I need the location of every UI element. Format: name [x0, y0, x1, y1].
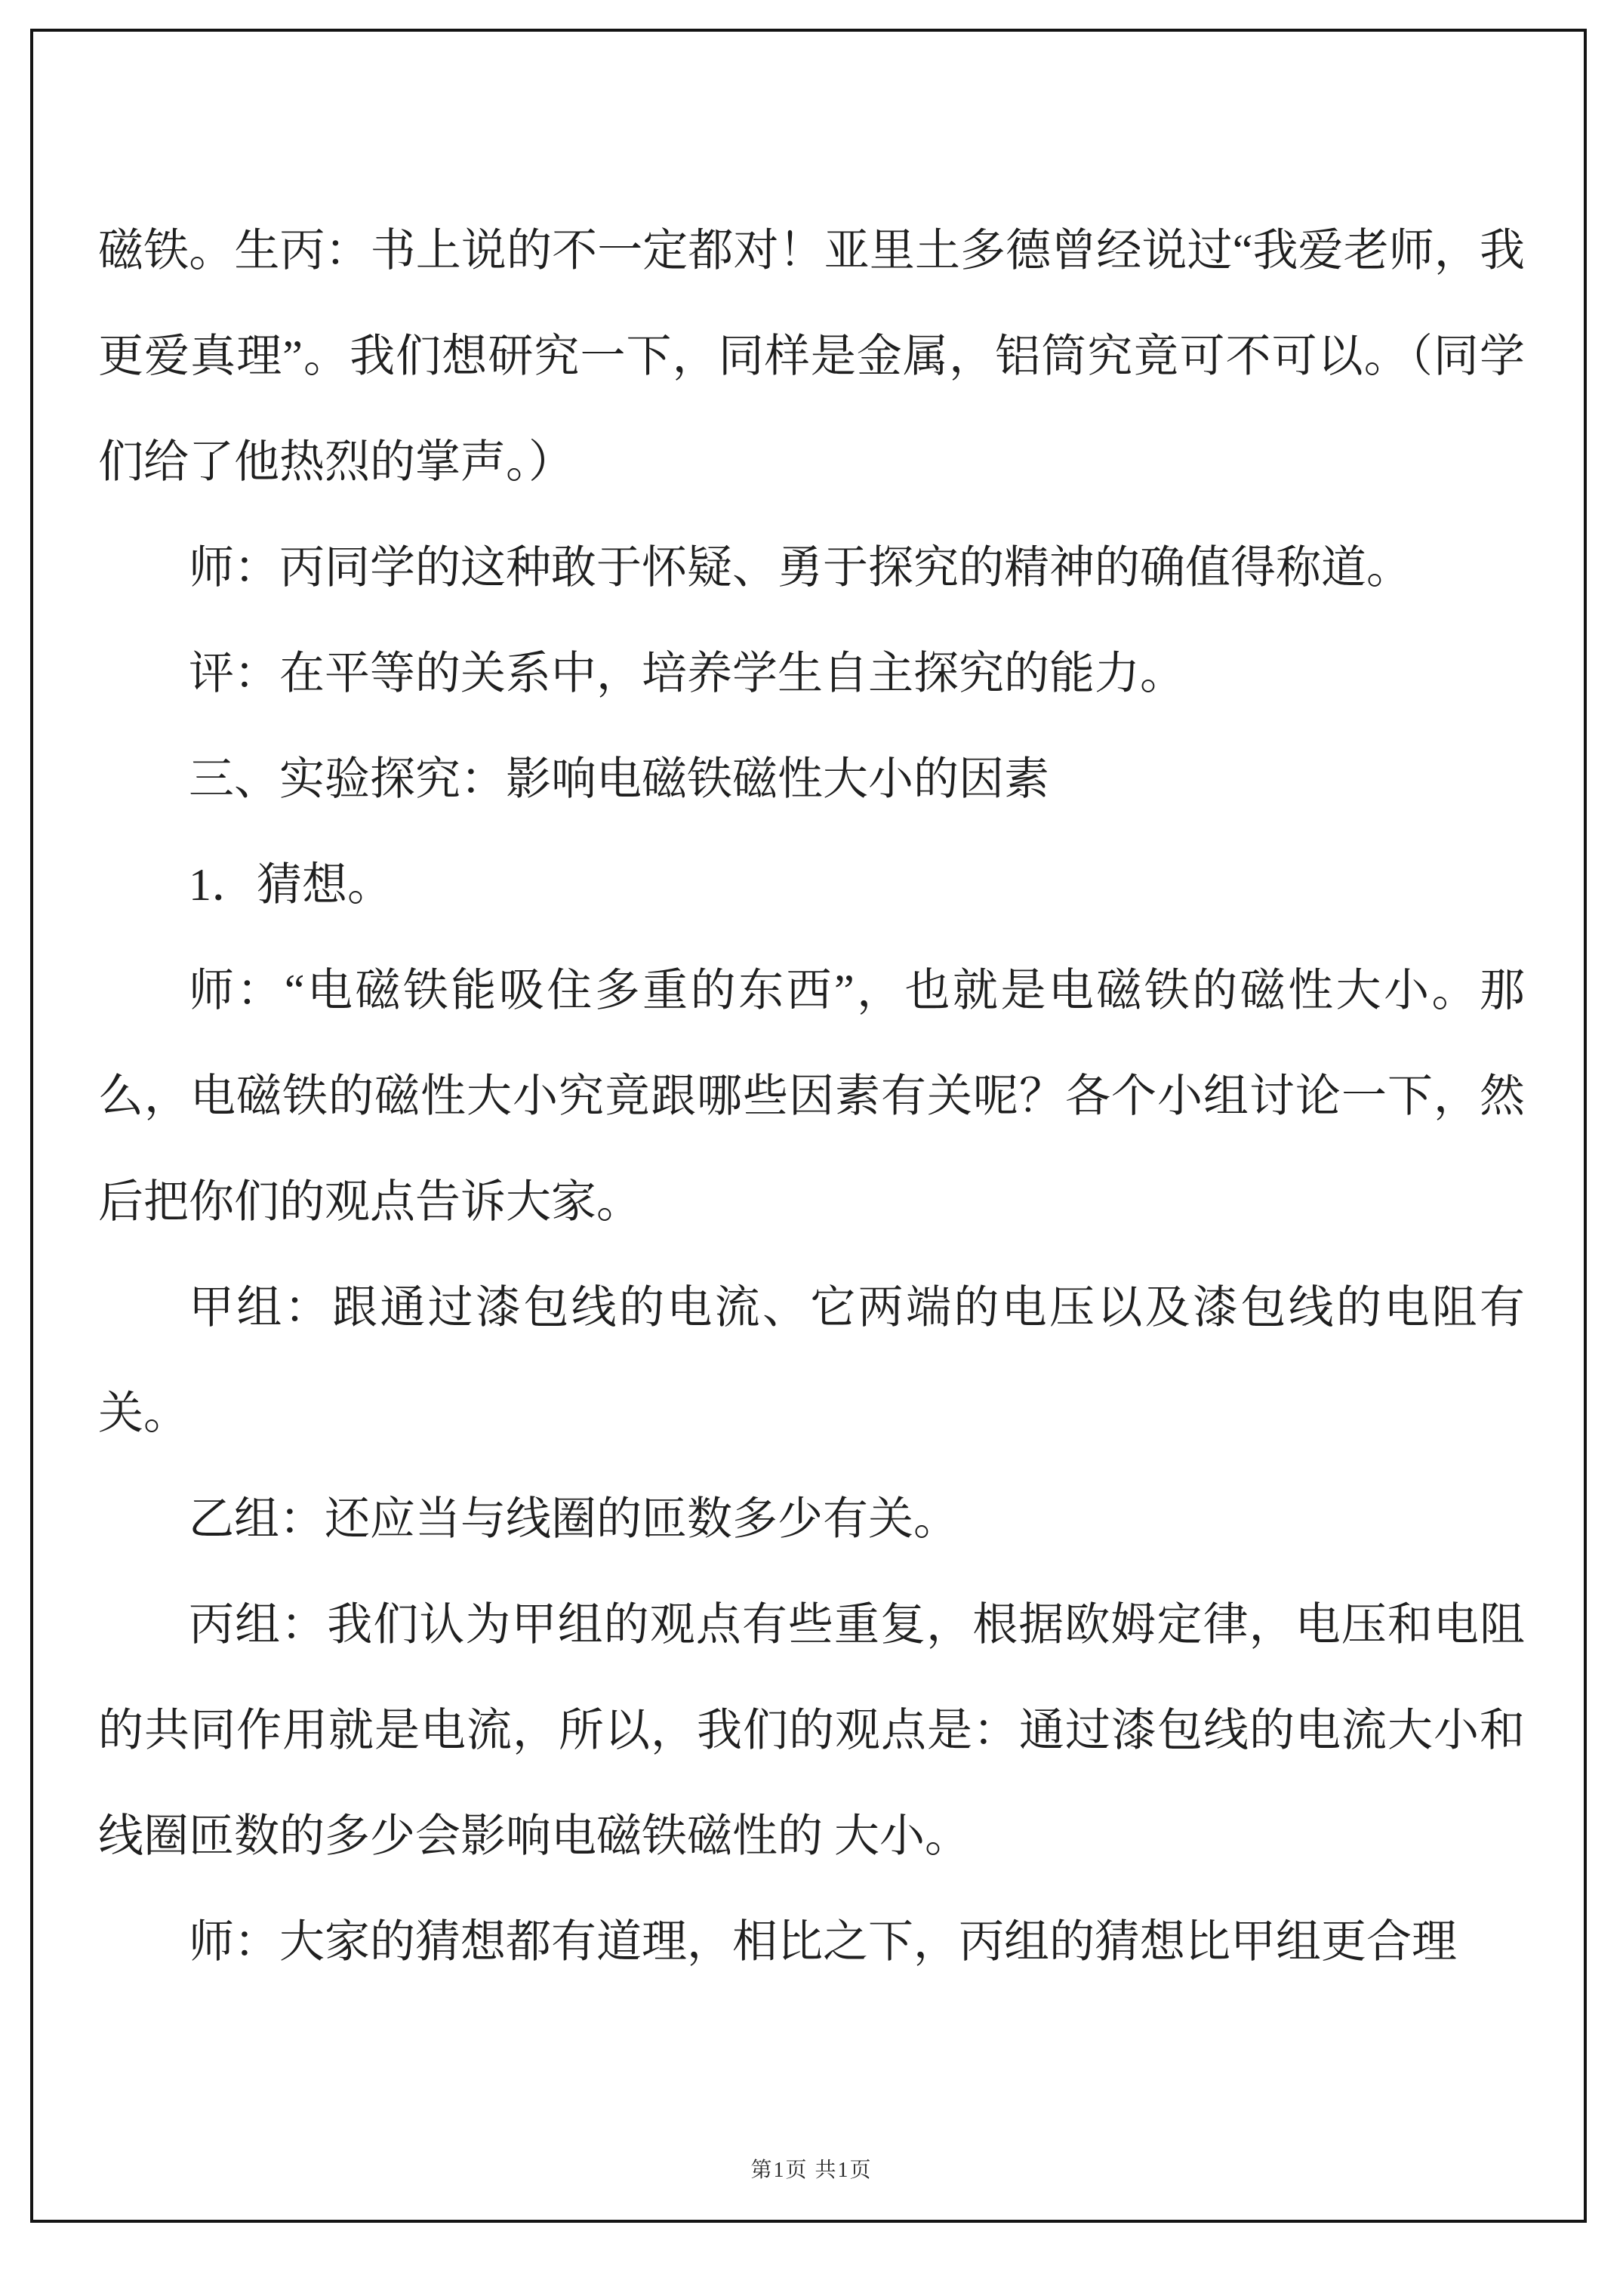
paragraph: 磁铁。生丙：书上说的不一定都对！亚里土多德曾经说过“我爱老师，我更爱真理”。我们…	[98, 198, 1525, 515]
paragraph: 师：丙同学的这种敢于怀疑、勇于探究的精神的确值得称道。	[98, 515, 1525, 621]
page-number-footer: 第1页 共1页	[0, 2153, 1623, 2184]
paragraph: 1．猜想。	[98, 832, 1525, 938]
document-body: 磁铁。生丙：书上说的不一定都对！亚里土多德曾经说过“我爱老师，我更爱真理”。我们…	[98, 198, 1525, 1995]
paragraph: 丙组：我们认为甲组的观点有些重复，根据欧姆定律，电压和电阻的共同作用就是电流，所…	[98, 1572, 1525, 1889]
paragraph: 三、实验探究：影响电磁铁磁性大小的因素	[98, 726, 1525, 832]
paragraph: 评：在平等的关系中，培养学生自主探究的能力。	[98, 621, 1525, 726]
paragraph: 甲组：跟通过漆包线的电流、它两端的电压以及漆包线的电阻有关。	[98, 1255, 1525, 1466]
paragraph: 师：“电磁铁能吸住多重的东西”，也就是电磁铁的磁性大小。那么，电磁铁的磁性大小究…	[98, 938, 1525, 1255]
paragraph: 师：大家的猜想都有道理，相比之下，丙组的猜想比甲组更合理	[98, 1889, 1525, 1995]
paragraph: 乙组：还应当与线圈的匝数多少有关。	[98, 1466, 1525, 1572]
document-page: 磁铁。生丙：书上说的不一定都对！亚里土多德曾经说过“我爱老师，我更爱真理”。我们…	[0, 0, 1623, 2296]
